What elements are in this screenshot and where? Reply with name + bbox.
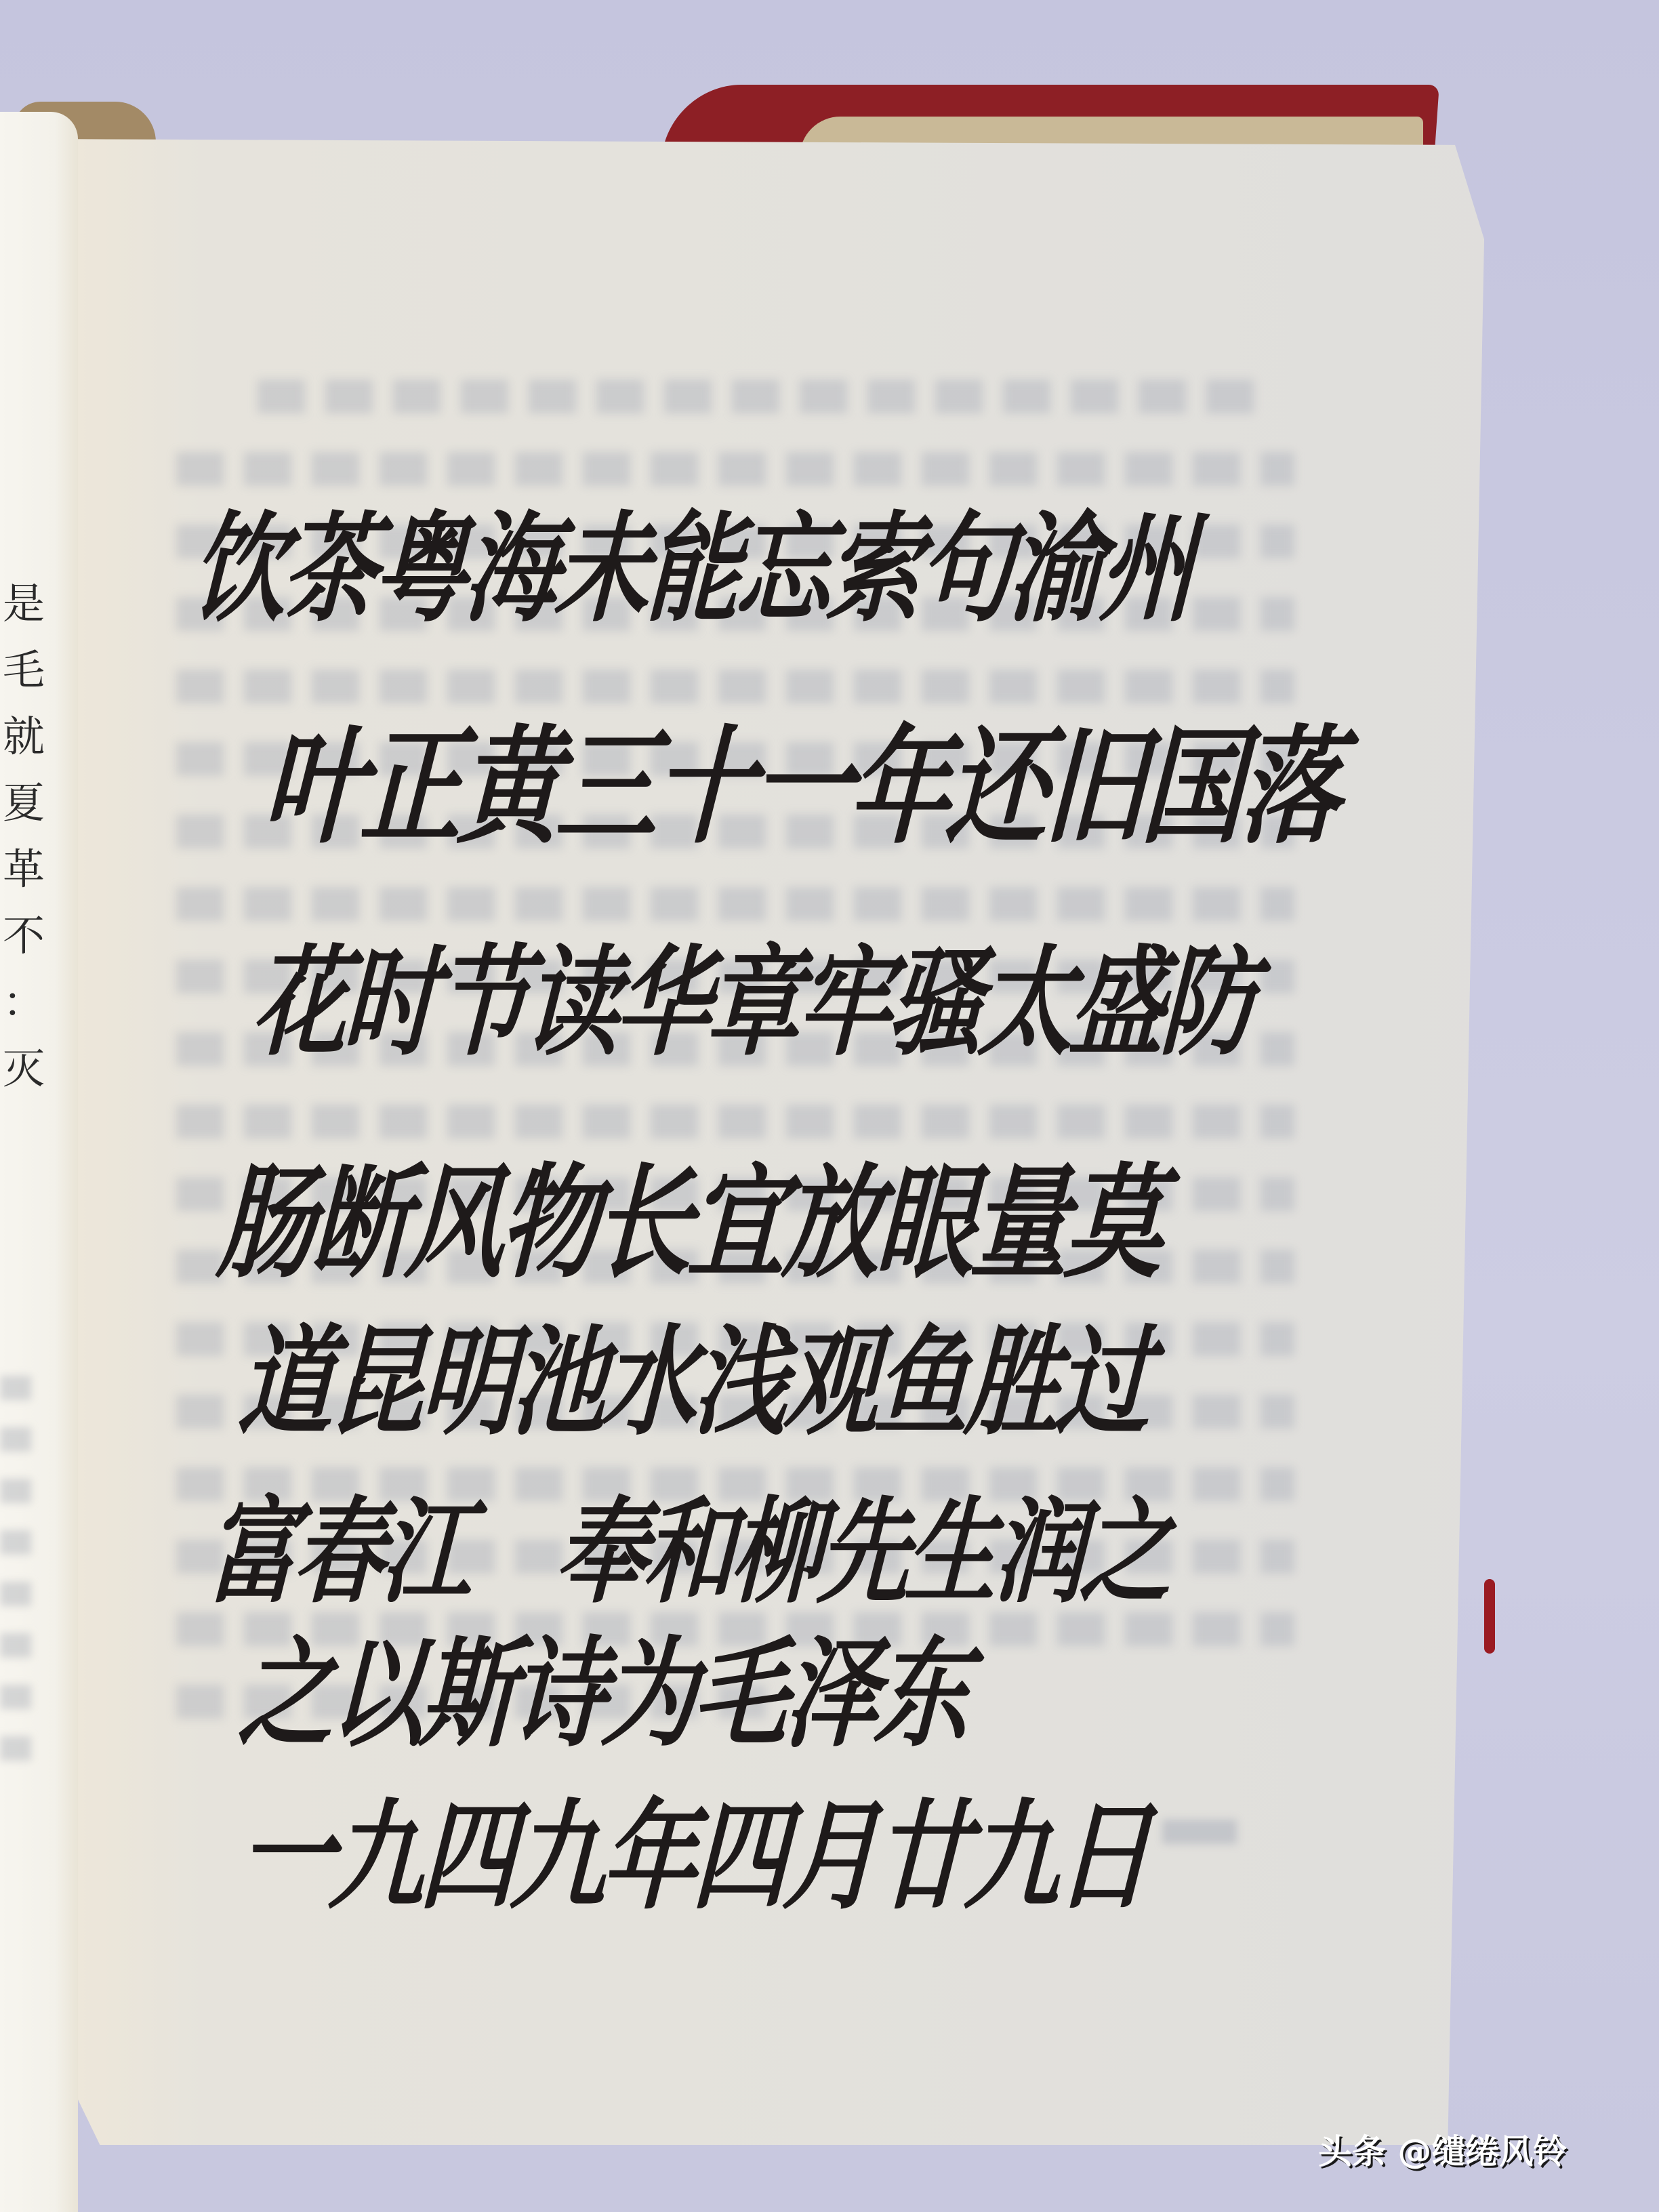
left-char: 是 [0,583,47,625]
left-page-curl [0,112,78,2212]
left-char: 灭 [0,1048,47,1090]
calligraphy-line: 饮茶粤海未能忘索句渝州 [181,474,1223,644]
calligraphy-line: 花时节读华章牢骚太盛防 [242,908,1284,1078]
left-char: 就 [0,716,47,758]
left-char: 不 [0,915,47,957]
left-char: 夏 [0,782,47,824]
calligraphy-line: 道昆明池水浅观鱼胜过 [228,1288,1179,1458]
calligraphy-line: 肠断风物长宜放眼量莫 [207,1125,1193,1301]
watermark-text: 头条 @缱绻风铃 [1318,2125,1567,2173]
page-number-bleed [1162,1820,1237,1844]
left-char: 革 [0,848,47,890]
left-page-text: 是 毛 就 夏 革 不 ： 灭 [0,583,47,1090]
calligraphy-line: 叶正黄三十一年还旧国落 [253,684,1372,867]
book-cover-right-edge [1484,1579,1495,1654]
calligraphy-date: 一九四九年四月廿九日 [228,1762,1179,1932]
left-char: 毛 [0,649,47,691]
calligraphy-signature: 之以斯诗为毛泽东 [228,1599,998,1769]
left-page-bleed-through [0,1376,41,1761]
left-char: ： [0,981,47,1023]
